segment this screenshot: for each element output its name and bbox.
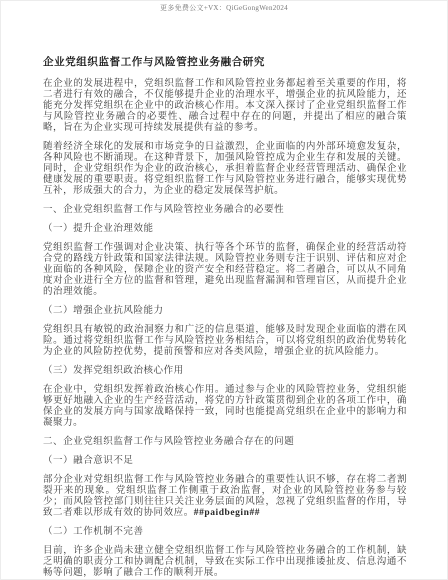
paragraph-awareness: 部分企业对党组织监督工作与风险管控业务融合的重要性认识不够，存在将二者割裂开来的… bbox=[43, 475, 407, 519]
subsection-heading-2-1: （一）融合意识不足 bbox=[43, 456, 407, 467]
paragraph-mechanism: 目前，许多企业尚未建立健全党组织监督工作与风险管控业务融合的工作机制，缺乏明确的… bbox=[43, 546, 407, 579]
paragraph-governance: 党组织监督工作强调对企业决策、执行等各个环节的监督，确保企业的经营活动符合党的路… bbox=[43, 243, 407, 298]
subsection-heading-1-3: （三）发挥党组织政治核心作用 bbox=[43, 366, 407, 377]
paragraph-intro: 在企业的发展进程中，党组织监督工作和风险管控业务都起着至关重要的作用，将二者进行… bbox=[43, 79, 407, 134]
section-heading-2: 二、企业党组织监督工作与风险管控业务融合存在的问题 bbox=[43, 437, 407, 448]
paragraph-political-core: 在企业中，党组织发挥着政治核心作用。通过参与企业的风险管控业务，党组织能够更好地… bbox=[43, 385, 407, 429]
paragraph-background: 随着经济全球化的发展和市场竞争的日益激烈，企业面临的内外部环境愈发复杂，各种风险… bbox=[43, 142, 407, 197]
subsection-heading-2-2: （二）工作机制不完善 bbox=[43, 527, 407, 538]
subsection-heading-1-1: （一）提升企业治理效能 bbox=[43, 224, 407, 235]
subsection-heading-1-2: （二）增强企业抗风险能力 bbox=[43, 306, 407, 317]
section-heading-1: 一、企业党组织监督工作与风险管控业务融合的必要性 bbox=[43, 205, 407, 216]
document-content: 企业党组织监督工作与风险管控业务融合研究 在企业的发展进程中，党组织监督工作和风… bbox=[1, 13, 447, 579]
paid-begin-marker: ##paidbegin## bbox=[194, 508, 260, 518]
watermark-header: 更多免费公文+VX：QiGeGongWen2024 bbox=[1, 1, 447, 13]
paragraph-risk-resistance: 党组织具有敏锐的政治洞察力和广泛的信息渠道，能够及时发现企业面临的潜在风险。通过… bbox=[43, 325, 407, 358]
document-title: 企业党组织监督工作与风险管控业务融合研究 bbox=[43, 57, 407, 69]
document-page: 更多免费公文+VX：QiGeGongWen2024 企业党组织监督工作与风险管控… bbox=[0, 0, 448, 580]
